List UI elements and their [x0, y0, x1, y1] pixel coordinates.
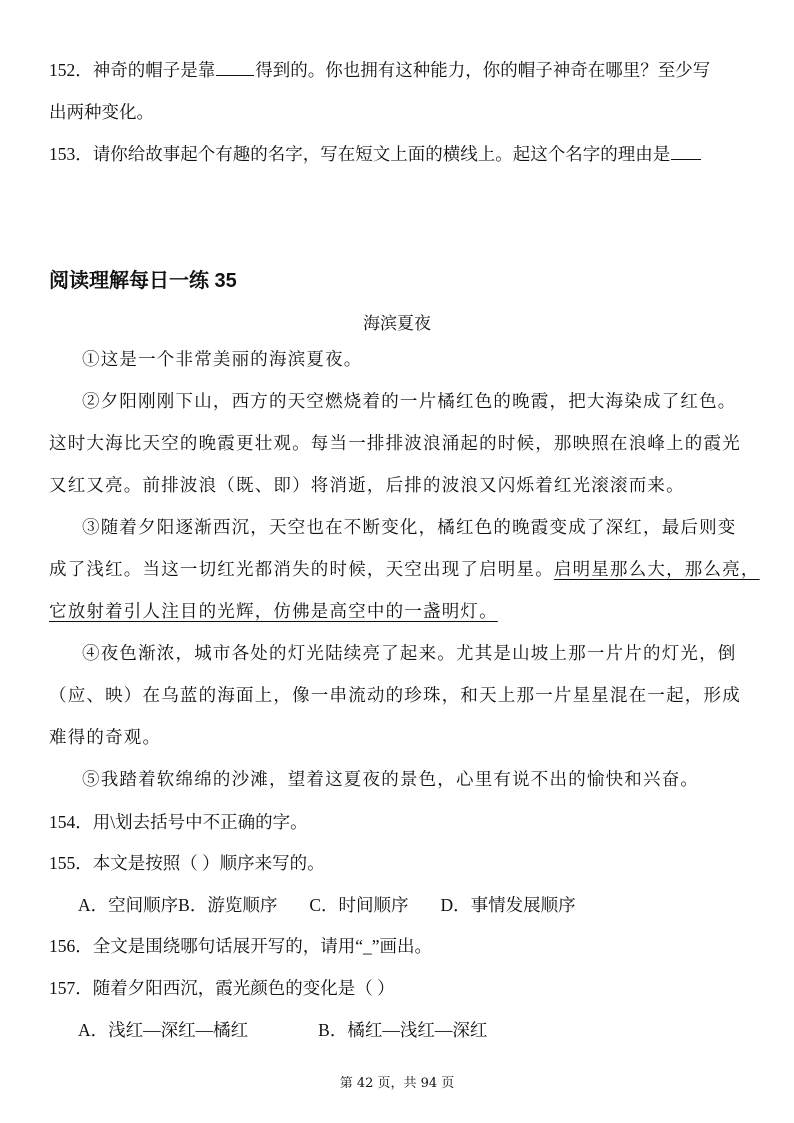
option-a[interactable]: A．空间顺序	[78, 895, 178, 915]
paragraph-3-line-2: 成了浅红。当这一切红光都消失的时候，天空出现了启明星。启明星那么大，那么亮，	[49, 558, 760, 582]
paragraph-5: ⑤我踏着软绵绵的沙滩，望着这夏夜的景色，心里有说不出的愉快和兴奋。	[82, 768, 699, 792]
option-b[interactable]: B．游览顺序	[178, 895, 277, 915]
option-d[interactable]: D．事情发展顺序	[441, 895, 576, 915]
question-number: 153	[49, 144, 75, 164]
question-number: 154	[49, 812, 75, 832]
page-footer: 第 42 页，共 94 页	[0, 1072, 794, 1091]
paragraph-3-line-3: 它放射着引人注目的光辉，仿佛是高空中的一盏明灯。	[49, 600, 498, 624]
underlined-sentence: 启明星那么大，那么亮，	[554, 560, 760, 580]
option-a[interactable]: A．浅红—深红—橘红	[78, 1020, 248, 1040]
passage-title: 海滨夏夜	[0, 309, 794, 334]
question-number: 155	[49, 853, 75, 873]
paragraph-4-line-2: （应、映）在乌蓝的海面上，像一串流动的珍珠，和天上那一片星星混在一起，形成	[49, 684, 741, 708]
question-154: 154．用\划去括号中不正确的字。	[49, 810, 308, 834]
option-b[interactable]: B．橘红—浅红—深红	[318, 1020, 487, 1040]
question-155-options: A．空间顺序B．游览顺序C．时间顺序D．事情发展顺序	[78, 893, 576, 917]
question-number: 156	[49, 936, 75, 956]
question-157: 157．随着夕阳西沉，霞光颜色的变化是（ ）	[49, 976, 395, 1000]
paragraph-2-line-2: 这时大海比天空的晚霞更壮观。每当一排排波浪涌起的时候，那映照在浪峰上的霞光	[49, 432, 741, 456]
question-number: 157	[49, 978, 75, 998]
question-152: 152．神奇的帽子是靠得到的。你也拥有这种能力，你的帽子神奇在哪里？至少写	[49, 58, 710, 82]
paragraph-2-line-3: 又红又亮。前排波浪（既、即）将消逝，后排的波浪又闪烁着红光滚滚而来。	[49, 474, 685, 498]
question-156: 156．全文是围绕哪句话展开写的，请用“_”画出。	[49, 934, 432, 958]
section-heading: 阅读理解每日一练 35	[49, 264, 237, 293]
question-157-options: A．浅红—深红—橘红B．橘红—浅红—深红	[78, 1018, 487, 1042]
option-c[interactable]: C．时间顺序	[309, 895, 408, 915]
question-153: 153．请你给故事起个有趣的名字，写在短文上面的横线上。起这个名字的理由是	[49, 142, 702, 166]
answer-blank[interactable]	[671, 143, 701, 160]
paragraph-4-line-1: ④夜色渐浓，城市各处的灯光陆续亮了起来。尤其是山坡上那一片片的灯光，倒	[82, 642, 737, 666]
underlined-sentence: 它放射着引人注目的光辉，仿佛是高空中的一盏明灯。	[49, 602, 498, 622]
paragraph-1: ①这是一个非常美丽的海滨夏夜。	[82, 348, 363, 372]
question-155: 155．本文是按照（ ）顺序来写的。	[49, 851, 325, 875]
paragraph-3-line-1: ③随着夕阳逐渐西沉，天空也在不断变化，橘红色的晚霞变成了深红，最后则变	[82, 516, 737, 540]
question-152-continuation: 出两种变化。	[49, 100, 154, 124]
question-number: 152	[49, 60, 75, 80]
paragraph-4-line-3: 难得的奇观。	[49, 726, 161, 750]
paragraph-2-line-1: ②夕阳刚刚下山，西方的天空燃烧着的一片橘红色的晚霞，把大海染成了红色。	[82, 390, 737, 414]
answer-blank[interactable]	[216, 59, 254, 76]
